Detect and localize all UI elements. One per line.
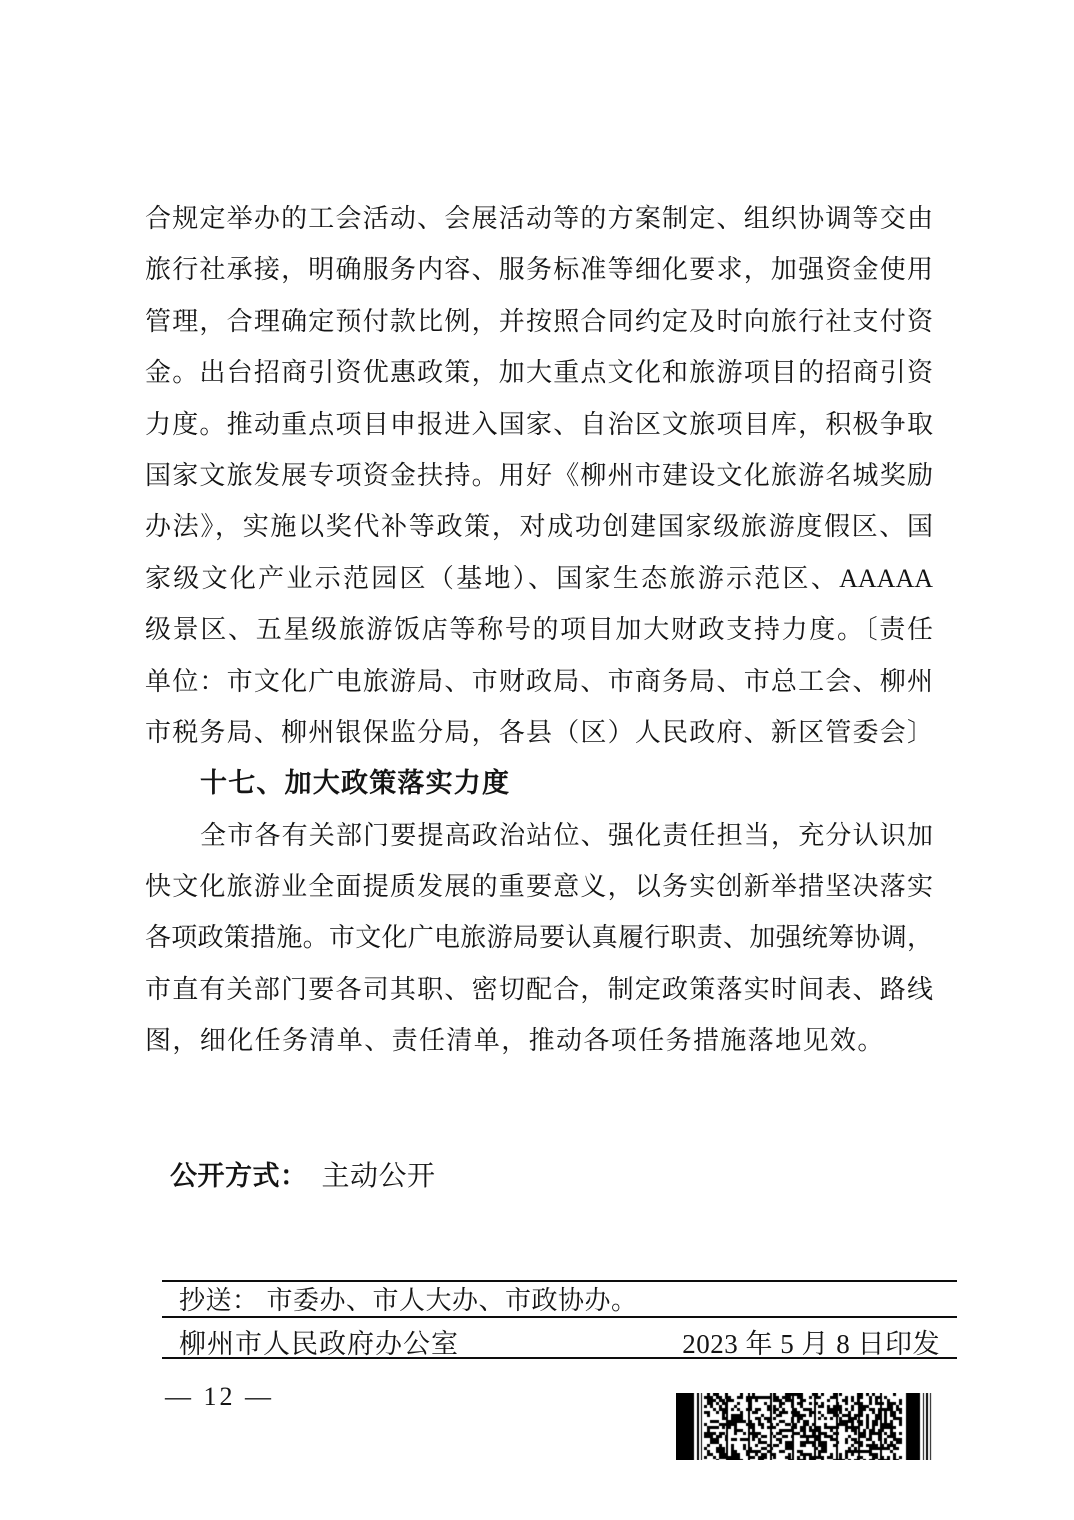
issuer-row: 柳州市人民政府办公室 2023 年 5 月 8 日印发 <box>179 1324 940 1358</box>
body-line: 市直有关部门要各司其职、密切配合，制定政策落实时间表、路线 <box>145 964 933 1015</box>
body-line: 全市各有关部门要提高政治站位、强化责任担当，充分认识加 <box>145 810 933 861</box>
page-number: — 12 — <box>165 1381 274 1413</box>
issuing-office: 柳州市人民政府办公室 <box>179 1322 459 1361</box>
body-line: 图，细化任务清单、责任清单，推动各项任务措施落地见效。 <box>145 1015 933 1066</box>
body-line: 管理，合理确定预付款比例，并按照合同约定及时向旅行社支付资 <box>145 296 933 347</box>
body-text: 合规定举办的工会活动、会展活动等的方案制定、组织协调等交由旅行社承接，明确服务内… <box>145 193 933 1067</box>
body-line: 旅行社承接，明确服务内容、服务标准等细化要求，加强资金使用 <box>145 244 933 295</box>
document-page: 合规定举办的工会活动、会展活动等的方案制定、组织协调等交由旅行社承接，明确服务内… <box>0 0 1074 1520</box>
body-line: 快文化旅游业全面提质发展的重要意义，以务实创新举措坚决落实 <box>145 861 933 912</box>
body-line: 力度。推动重点项目申报进入国家、自治区文旅项目库，积极争取 <box>145 399 933 450</box>
body-line: 家级文化产业示范园区（基地）、国家生态旅游示范区、AAAAA <box>145 553 933 604</box>
cc-label: 抄送： <box>179 1286 259 1315</box>
document-barcode-2d <box>676 1393 932 1460</box>
publicity-row: 公开方式：主动公开 <box>170 1156 436 1196</box>
cc-text: 市委办、市人大办、市政协办。 <box>267 1286 638 1315</box>
print-date: 2023 年 5 月 8 日印发 <box>682 1322 940 1361</box>
section-heading: 十七、加大政策落实力度 <box>145 758 933 809</box>
footer-rule-bottom <box>162 1357 957 1359</box>
body-line: 市税务局、柳州银保监分局，各县（区）人民政府、新区管委会〕 <box>145 707 933 758</box>
body-line: 办法》，实施以奖代补等政策，对成功创建国家级旅游度假区、国 <box>145 501 933 552</box>
publicity-value: 主动公开 <box>322 1161 436 1192</box>
body-line: 级景区、五星级旅游饭店等称号的项目加大财政支持力度。〔责任 <box>145 604 933 655</box>
body-line: 单位：市文化广电旅游局、市财政局、市商务局、市总工会、柳州 <box>145 656 933 707</box>
body-line: 各项政策措施。市文化广电旅游局要认真履行职责、加强统筹协调， <box>145 912 933 963</box>
body-line: 国家文旅发展专项资金扶持。用好《柳州市建设文化旅游名城奖励 <box>145 450 933 501</box>
footer-rule-top <box>162 1280 957 1282</box>
body-line: 金。出台招商引资优惠政策，加大重点文化和旅游项目的招商引资 <box>145 347 933 398</box>
body-line: 合规定举办的工会活动、会展活动等的方案制定、组织协调等交由 <box>145 193 933 244</box>
cc-row: 抄送：市委办、市人大办、市政协办。 <box>179 1286 638 1316</box>
publicity-label: 公开方式： <box>170 1161 308 1191</box>
footer-rule-middle <box>162 1316 957 1318</box>
